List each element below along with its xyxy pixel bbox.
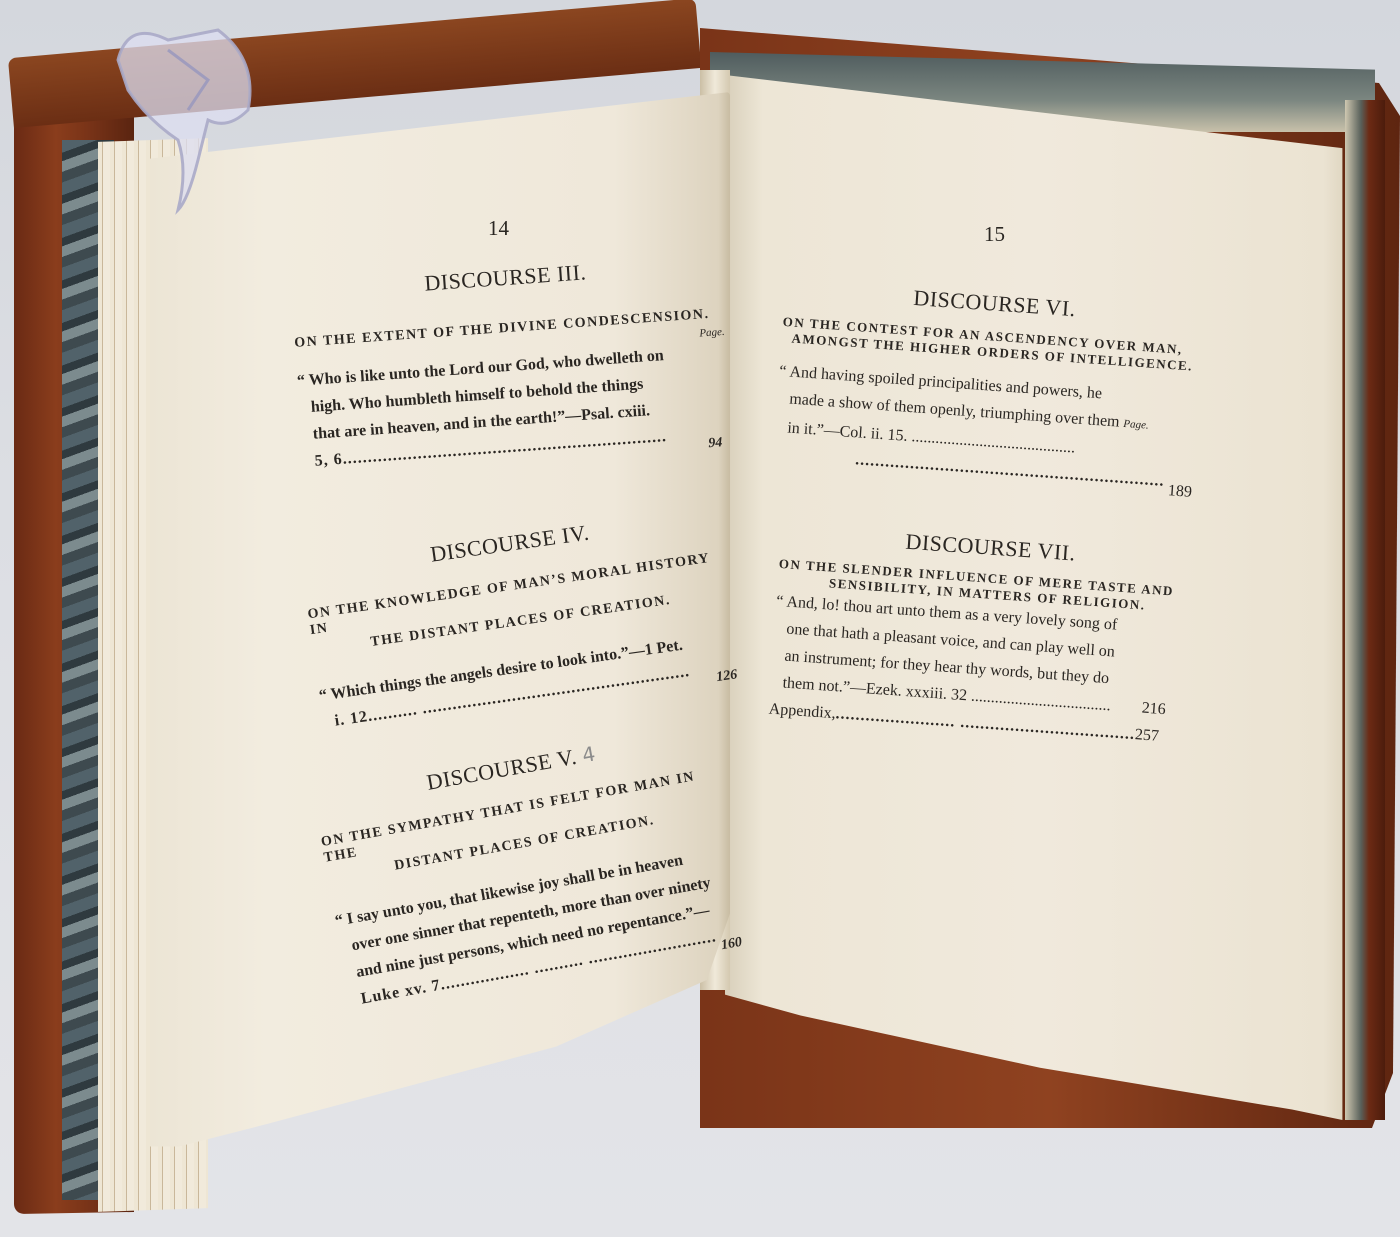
right-page-number: 15 bbox=[984, 222, 1005, 247]
appendix-label: Appendix, bbox=[768, 696, 837, 728]
toc-page-ref: 189 bbox=[1167, 482, 1192, 501]
toc-entry-discourse-3: DISCOURSE III. ON THE EXTENT OF THE DIVI… bbox=[290, 250, 733, 485]
left-page-number: 14 bbox=[488, 216, 509, 241]
page-label: Page. bbox=[1123, 418, 1149, 432]
toc-page-ref: 257 bbox=[1134, 721, 1160, 750]
toc-page-ref: 94 bbox=[708, 435, 723, 451]
toc-entry-discourse-7: DISCOURSE VII. ON THE SLENDER INFLUENCE … bbox=[768, 520, 1201, 752]
right-page-edge bbox=[1345, 100, 1385, 1120]
book-photo: 14 DISCOURSE III. ON THE EXTENT OF THE D… bbox=[0, 0, 1400, 1237]
toc-page-ref: 216 bbox=[1141, 695, 1167, 724]
toc-entry-discourse-6: DISCOURSE VI. ON THE CONTEST FOR AN ASCE… bbox=[772, 276, 1205, 506]
toc-page-ref: 160 bbox=[720, 935, 743, 953]
toc-page-ref: 126 bbox=[715, 667, 738, 685]
handwritten-pencil-note: 4 bbox=[580, 741, 597, 767]
clear-plastic-clip-icon bbox=[108, 20, 268, 220]
